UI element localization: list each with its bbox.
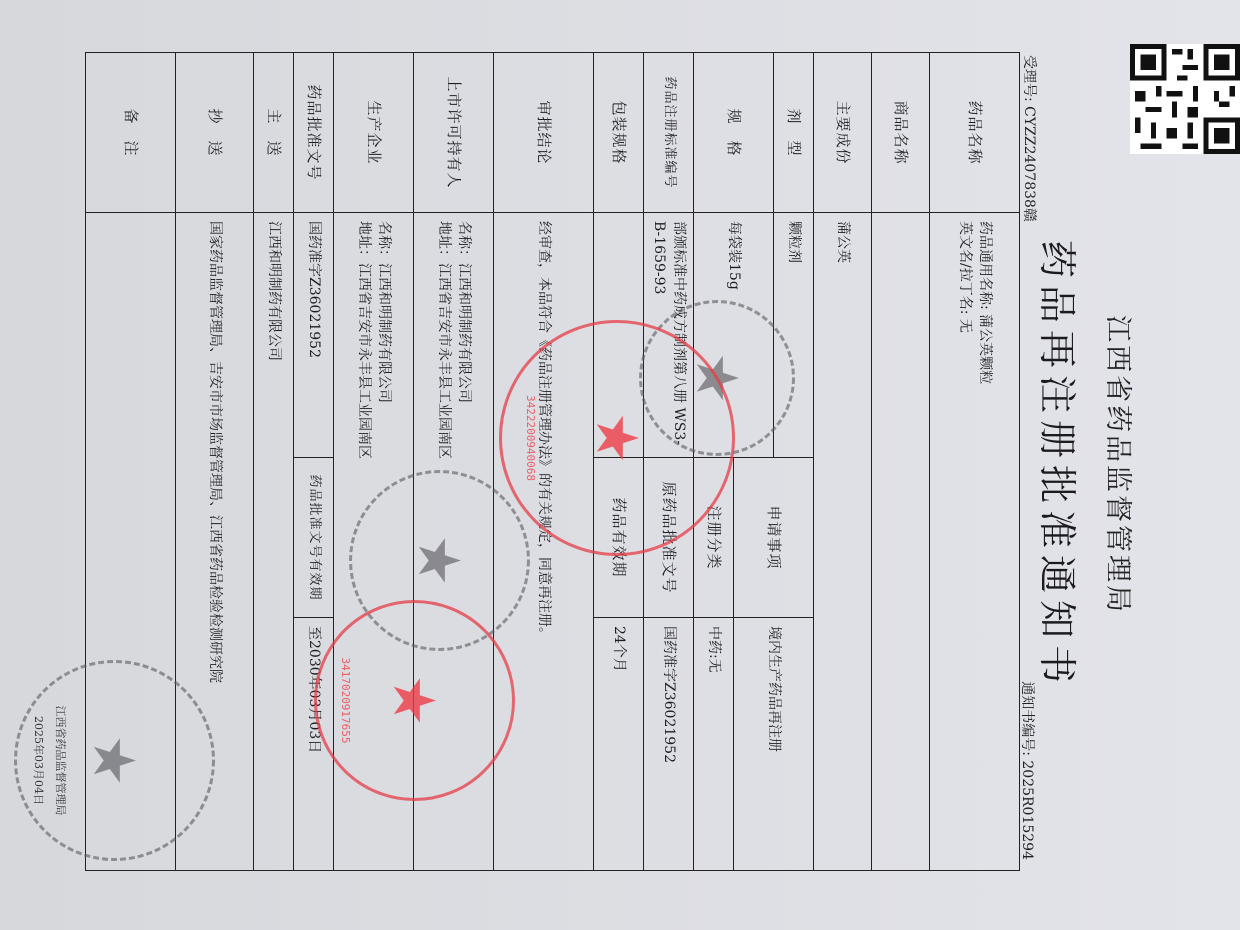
table-row: 上市许可持有人 名称：江西和明制药有限公司 地址：江西省吉安市永丰县工业园南区 <box>414 53 494 871</box>
main-recipient-label: 主 送 <box>254 53 294 213</box>
original-approval-label: 原药品批准文号 <box>644 458 694 618</box>
table-row: 审批结论 经审查，本品符合《药品注册管理办法》的有关规定，同意再注册。 <box>494 53 594 871</box>
table-row: 生产企业 名称：江西和明制药有限公司 地址：江西省吉安市永丰县工业园南区 <box>334 53 414 871</box>
trade-name-label: 商品名称 <box>872 53 930 213</box>
manufacturer-name: 名称：江西和明制药有限公司 <box>374 221 394 862</box>
packaging-value <box>594 213 644 458</box>
notice-number-value: 2025R015294 <box>1019 760 1035 860</box>
ingredient-label: 主要成份 <box>814 53 872 213</box>
drug-generic-name: 药品通用名称: 蒲公英颗粒 <box>975 221 995 862</box>
main-recipient-value: 江西和明制药有限公司 <box>254 213 294 871</box>
cc-label: 抄 送 <box>176 53 254 213</box>
notice-number: 通知书编号: 2025R015294 <box>1018 681 1038 860</box>
official-seal-date: 2025年03月04日 <box>31 663 47 858</box>
standard-value: 部颁标准中药成方制剂第八册 WS3-B-1659-93 <box>644 213 694 458</box>
acceptance-number: 受理号: CYZZ2407838赣 <box>1020 55 1040 222</box>
approval-validity-value: 至2030年03月03日 <box>294 618 334 871</box>
original-approval-value: 国药准字Z36021952 <box>644 618 694 871</box>
document-title: 药品再注册批准通知书 <box>1033 0 1088 930</box>
drug-english-name: 英文名/拉丁名: 无 <box>955 221 975 862</box>
drug-name-value: 药品通用名称: 蒲公英颗粒 英文名/拉丁名: 无 <box>930 213 1020 871</box>
mah-label: 上市许可持有人 <box>414 53 494 213</box>
remarks-value <box>86 213 176 871</box>
table-row: 包装规格 药品有效期 24个月 <box>594 53 644 871</box>
conclusion-value: 经审查，本品符合《药品注册管理办法》的有关规定，同意再注册。 <box>494 213 594 871</box>
table-row: 药品名称 药品通用名称: 蒲公英颗粒 英文名/拉丁名: 无 <box>930 53 1020 871</box>
application-type-value: 境内生产药品再注册 <box>734 618 814 871</box>
acceptance-number-label: 受理号: <box>1021 55 1037 102</box>
dosage-form-label: 剂 型 <box>774 53 814 213</box>
ingredient-value: 蒲公英 <box>814 213 872 871</box>
shelf-life-value: 24个月 <box>594 618 644 871</box>
issuer-name: 江西省药品监督管理局 <box>1101 0 1140 930</box>
spec-value: 每袋装15g <box>694 213 774 458</box>
approval-number-value: 国药准字Z36021952 <box>294 213 334 458</box>
registration-class-label: 注册分类 <box>694 458 734 618</box>
application-type-label: 申请事项 <box>734 458 814 618</box>
trade-name-value <box>872 213 930 871</box>
table-row: 备 注 <box>86 53 176 871</box>
approval-table: 药品名称 药品通用名称: 蒲公英颗粒 英文名/拉丁名: 无 商品名称 主要成份 … <box>85 52 1020 871</box>
drug-name-label: 药品名称 <box>930 53 1020 213</box>
standard-label: 药品注册标准编号 <box>644 53 694 213</box>
qr-code-icon <box>1130 44 1240 154</box>
table-row: 商品名称 <box>872 53 930 871</box>
table-row: 剂 型 颗粒剂 申请事项 境内生产药品再注册 <box>774 53 814 871</box>
table-row: 抄 送 国家药品监督管理局、吉安市市场监督管理局、江西省药品检验检测研究院 <box>176 53 254 871</box>
table-row: 主 送 江西和明制药有限公司 <box>254 53 294 871</box>
manufacturer-label: 生产企业 <box>334 53 414 213</box>
manufacturer-value: 名称：江西和明制药有限公司 地址：江西省吉安市永丰县工业园南区 <box>334 213 414 871</box>
official-seal-name: 江西省药品监督管理局 <box>53 663 69 858</box>
shelf-life-label: 药品有效期 <box>594 458 644 618</box>
remarks-label: 备 注 <box>86 53 176 213</box>
notice-number-label: 通知书编号: <box>1019 681 1035 756</box>
table-row: 药品注册标准编号 部颁标准中药成方制剂第八册 WS3-B-1659-93 原药品… <box>644 53 694 871</box>
manufacturer-address: 地址：江西省吉安市永丰县工业园南区 <box>354 221 374 862</box>
registration-class-value: 中药:无 <box>694 618 734 871</box>
conclusion-label: 审批结论 <box>494 53 594 213</box>
spec-label: 规 格 <box>694 53 774 213</box>
dosage-form-value: 颗粒剂 <box>774 213 814 458</box>
acceptance-number-value: CYZZ2407838赣 <box>1021 106 1037 222</box>
approval-validity-label: 药品批准文号有效期 <box>294 458 334 618</box>
mah-name: 名称：江西和明制药有限公司 <box>454 221 474 862</box>
cc-value: 国家药品监督管理局、吉安市市场监督管理局、江西省药品检验检测研究院 <box>176 213 254 871</box>
mah-address: 地址：江西省吉安市永丰县工业园南区 <box>434 221 454 862</box>
approval-number-label: 药品批准文号 <box>294 53 334 213</box>
table-row: 药品批准文号 国药准字Z36021952 药品批准文号有效期 至2030年03月… <box>294 53 334 871</box>
document-page: 江西省药品监督管理局 药品再注册批准通知书 受理号: CYZZ2407838赣 … <box>0 0 1240 930</box>
packaging-label: 包装规格 <box>594 53 644 213</box>
table-row: 主要成份 蒲公英 <box>814 53 872 871</box>
mah-value: 名称：江西和明制药有限公司 地址：江西省吉安市永丰县工业园南区 <box>414 213 494 871</box>
